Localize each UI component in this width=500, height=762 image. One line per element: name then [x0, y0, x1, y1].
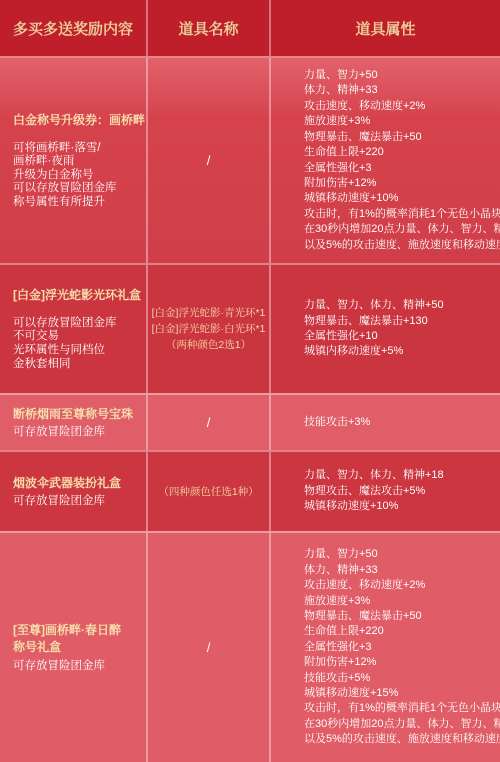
reward-desc-line: 升级为白金称号	[13, 169, 117, 183]
reward-title-line: 白金称号升级券：画桥畔	[13, 112, 145, 129]
attribute-line: 城镇移动速度+10%	[304, 499, 398, 514]
item-name-line: /	[207, 415, 211, 431]
reward-desc-line: 可存放冒险团金库	[13, 495, 105, 509]
attribute-line: 以及5%的攻击速度、施放速度和移动速度	[304, 732, 500, 747]
reward-title-line: 断桥烟雨至尊称号宝珠	[13, 406, 133, 423]
item-name-line: （两种颜色2选1）	[166, 337, 251, 353]
reward-desc-line: 画桥畔·夜雨	[13, 155, 117, 169]
header-cell-reward-content: 多买多送奖励内容	[0, 0, 146, 56]
item-name-cell: /	[146, 533, 269, 762]
attribute-line: 力量、智力、体力、精神+50	[304, 298, 444, 313]
reward-desc-line: 可以存放冒险团金库	[13, 317, 117, 331]
item-name-line: /	[207, 153, 211, 169]
attribute-line: 体力、精神+33	[304, 83, 378, 98]
attribute-line: 在30秒内增加20点力量、体力、智力、精神，	[304, 717, 500, 732]
reward-description: 可存放冒险团金库	[13, 426, 105, 440]
table-header-row: 多买多送奖励内容 道具名称 道具属性	[0, 0, 500, 56]
attribute-line: 生命值上限+220	[304, 624, 384, 639]
attribute-line: 全属性强化+10	[304, 329, 378, 344]
item-name-cell: [白金]浮光蛇影·青光环*1[白金]浮光蛇影·白光环*1（两种颜色2选1）	[146, 265, 269, 393]
attribute-line: 物理暴击、魔法暴击+50	[304, 130, 422, 145]
reward-desc-line: 金秋套相同	[13, 358, 117, 372]
attributes-cell: 力量、智力+50体力、精神+33攻击速度、移动速度+2%施放速度+3%物理暴击、…	[269, 533, 500, 762]
item-name-line: [白金]浮光蛇影·青光环*1	[152, 305, 266, 321]
item-name-cell: /	[146, 395, 269, 450]
reward-title: 断桥烟雨至尊称号宝珠	[13, 406, 133, 423]
attribute-line: 体力、精神+33	[304, 563, 378, 578]
reward-title: 烟波伞武器装扮礼盒	[13, 475, 121, 492]
reward-desc-line: 可以存放冒险团金库	[13, 182, 117, 196]
attribute-line: 力量、智力+50	[304, 68, 378, 83]
reward-desc-line: 可将画桥畔·落雪/	[13, 142, 117, 156]
attribute-line: 附加伤害+12%	[304, 655, 376, 670]
attribute-line: 物理暴击、魔法暴击+50	[304, 609, 422, 624]
attributes-cell: 力量、智力、体力、精神+18物理攻击、魔法攻击+5%城镇移动速度+10%	[269, 452, 500, 531]
attribute-line: 力量、智力+50	[304, 547, 378, 562]
attribute-line: 力量、智力、体力、精神+18	[304, 468, 444, 483]
attribute-line: 物理攻击、魔法攻击+5%	[304, 484, 425, 499]
attribute-line: 攻击速度、移动速度+2%	[304, 99, 425, 114]
reward-title-line: [白金]浮光蛇影光环礼盒	[13, 287, 141, 304]
attribute-line: 附加伤害+12%	[304, 176, 376, 191]
reward-cell: [白金]浮光蛇影光环礼盒 可以存放冒险团金库不可交易光环属性与同档位金秋套相同	[0, 265, 146, 393]
attribute-line: 以及5%的攻击速度、施放速度和移动速度	[304, 238, 500, 253]
header-cell-item-name: 道具名称	[146, 0, 269, 56]
reward-cell: 断桥烟雨至尊称号宝珠 可存放冒险团金库	[0, 395, 146, 450]
reward-title: [至尊]画桥畔·春日醉称号礼盒	[13, 622, 121, 656]
reward-desc-line: 可存放冒险团金库	[13, 660, 105, 674]
reward-description: 可存放冒险团金库	[13, 495, 105, 509]
reward-title: 白金称号升级券：画桥畔	[13, 112, 145, 129]
reward-title-line: 称号礼盒	[13, 639, 121, 656]
attribute-line: 全属性强化+3	[304, 161, 372, 176]
item-name-cell: /	[146, 58, 269, 263]
header-cell-item-attributes: 道具属性	[269, 0, 500, 56]
reward-cell: 白金称号升级券：画桥畔 可将画桥畔·落雪/画桥畔·夜雨升级为白金称号可以存放冒险…	[0, 58, 146, 263]
attributes-cell: 力量、智力+50体力、精神+33攻击速度、移动速度+2%施放速度+3%物理暴击、…	[269, 58, 500, 263]
item-name-cell: （四种颜色任选1种）	[146, 452, 269, 531]
attribute-line: 攻击时，有1%的概率消耗1个无色小晶块，	[304, 701, 500, 716]
reward-desc-line: 不可交易	[13, 330, 117, 344]
item-name-line: [白金]浮光蛇影·白光环*1	[152, 321, 266, 337]
attribute-line: 技能攻击+3%	[304, 415, 370, 430]
reward-title: [白金]浮光蛇影光环礼盒	[13, 287, 141, 304]
attributes-cell: 技能攻击+3%	[269, 395, 500, 450]
table-row: 断桥烟雨至尊称号宝珠 可存放冒险团金库 / 技能攻击+3%	[0, 393, 500, 450]
reward-description: 可存放冒险团金库	[13, 660, 105, 674]
attribute-line: 在30秒内增加20点力量、体力、智力、精神，	[304, 222, 500, 237]
table-row: 白金称号升级券：画桥畔 可将画桥畔·落雪/画桥畔·夜雨升级为白金称号可以存放冒险…	[0, 56, 500, 263]
attribute-line: 全属性强化+3	[304, 640, 372, 655]
table-row: [至尊]画桥畔·春日醉称号礼盒 可存放冒险团金库 / 力量、智力+50体力、精神…	[0, 531, 500, 762]
attribute-line: 施放速度+3%	[304, 594, 370, 609]
reward-desc-line: 光环属性与同档位	[13, 344, 117, 358]
attribute-line: 攻击时，有1%的概率消耗1个无色小晶块，	[304, 207, 500, 222]
table-row: 烟波伞武器装扮礼盒 可存放冒险团金库 （四种颜色任选1种） 力量、智力、体力、精…	[0, 450, 500, 531]
reward-table: 多买多送奖励内容 道具名称 道具属性 白金称号升级券：画桥畔 可将画桥畔·落雪/…	[0, 0, 500, 762]
reward-cell: [至尊]画桥畔·春日醉称号礼盒 可存放冒险团金库	[0, 533, 146, 762]
attribute-line: 城镇移动速度+10%	[304, 191, 398, 206]
attributes-cell: 力量、智力、体力、精神+50物理暴击、魔法暴击+130全属性强化+10城镇内移动…	[269, 265, 500, 393]
reward-cell: 烟波伞武器装扮礼盒 可存放冒险团金库	[0, 452, 146, 531]
attribute-line: 城镇移动速度+15%	[304, 686, 398, 701]
item-name-line: （四种颜色任选1种）	[158, 484, 258, 500]
attribute-line: 施放速度+3%	[304, 114, 370, 129]
attribute-line: 生命值上限+220	[304, 145, 384, 160]
table-row: [白金]浮光蛇影光环礼盒 可以存放冒险团金库不可交易光环属性与同档位金秋套相同 …	[0, 263, 500, 393]
attribute-line: 城镇内移动速度+5%	[304, 344, 403, 359]
attribute-line: 攻击速度、移动速度+2%	[304, 578, 425, 593]
item-name-line: /	[207, 640, 211, 656]
reward-title-line: [至尊]画桥畔·春日醉	[13, 622, 121, 639]
attribute-line: 技能攻击+5%	[304, 671, 370, 686]
reward-desc-line: 称号属性有所提升	[13, 196, 117, 210]
reward-title-line: 烟波伞武器装扮礼盒	[13, 475, 121, 492]
reward-desc-line: 可存放冒险团金库	[13, 426, 105, 440]
reward-description: 可将画桥畔·落雪/画桥畔·夜雨升级为白金称号可以存放冒险团金库称号属性有所提升	[13, 142, 117, 210]
reward-description: 可以存放冒险团金库不可交易光环属性与同档位金秋套相同	[13, 317, 117, 371]
attribute-line: 物理暴击、魔法暴击+130	[304, 314, 428, 329]
